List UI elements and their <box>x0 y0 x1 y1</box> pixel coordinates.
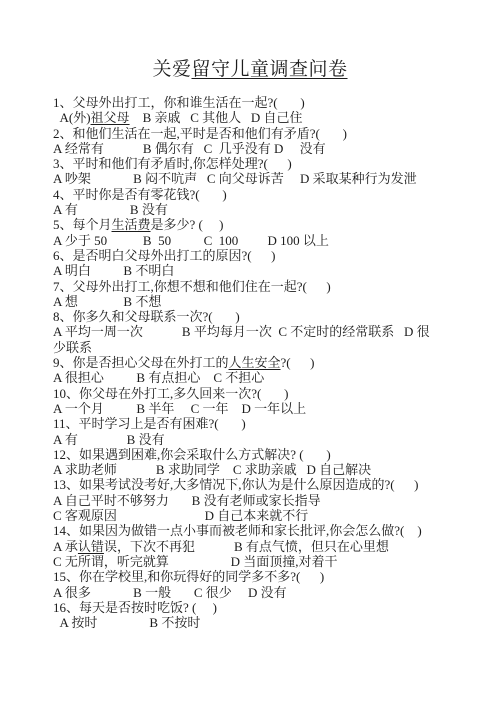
document-line: A 吵架 B 闷不吭声 C 向父母诉苦 D 采取某种行为发泄 <box>53 171 474 186</box>
document-line: 6、是否明白父母外出打工的原因?( ) <box>53 248 474 263</box>
text-segment: A(外) <box>53 110 91 125</box>
document-line: 少联系 <box>53 340 474 355</box>
text-segment: 6、是否明白父母外出打工的原因?( ) <box>53 248 275 263</box>
document-line: C 无所谓，听完就算 D 当面顶撞,对着干 <box>53 554 474 569</box>
text-segment: 11、平时学习上是否有困难?( ) <box>53 416 246 431</box>
document-line: 8、你多久和父母联系一次?( ) <box>53 309 474 324</box>
text-segment: 3、平时和他们有矛盾时,你怎样处理?( ) <box>53 156 292 171</box>
text-segment: C 客观原因 D 自己本来就不行 <box>53 508 308 523</box>
document-line: 16、每天是否按时吃饭? ( ) <box>53 600 474 615</box>
page-title: 关爱留守儿童调查问卷 <box>0 0 500 82</box>
document-line: 1、父母外出打工，你和谁生活在一起?( ) <box>53 95 474 110</box>
text-segment: B 亲戚 C 其他人 D 自己住 <box>130 110 303 125</box>
text-segment: ?( ) <box>281 355 315 370</box>
document-line: A 经常有 B 偶尔有 C 几乎没有 D 没有 <box>53 141 474 156</box>
text-segment: A 经常有 B 偶尔有 C 几乎没有 D 没有 <box>53 141 326 156</box>
document-line: 14、如果因为做错一点小事而被老师和家长批评,你会怎么做?( ) <box>53 523 474 538</box>
document-line: 11、平时学习上是否有困难?( ) <box>53 416 474 431</box>
text-segment: A 很多 B 一般 C 很少 D 没有 <box>53 585 287 600</box>
document-line: 4、平时你是否有零花钱?( ) <box>53 187 474 202</box>
underlined-text: 生活费 <box>112 217 151 232</box>
document-line: A 想 B 不想 <box>53 294 474 309</box>
page-title-plain: 关爱 <box>152 59 191 80</box>
text-segment: 5、每个月 <box>53 217 112 232</box>
document-line: A 一个月 B 半年 C 一年 D 一年以上 <box>53 401 474 416</box>
text-segment: C 无所谓，听完就算 D 当面顶撞,对着干 <box>53 554 338 569</box>
text-segment: 9、你是否担心父母在外打工的 <box>53 355 229 370</box>
text-segment: 10、你父母在外打工,多久回来一次?( ) <box>53 386 288 401</box>
document-line: 12、如果遇到困难,你会采取什么方式解决? ( ) <box>53 447 474 462</box>
document-line: 7、父母外出打工,你想不想和他们住在一起?( ) <box>53 279 474 294</box>
text-segment: A 一个月 B 半年 C 一年 D 一年以上 <box>53 401 306 416</box>
document-line: A 有 B 没有 <box>53 202 474 217</box>
text-segment: 8、你多久和父母联系一次?( ) <box>53 309 240 324</box>
document-line: A 平均一周一次 B 平均每月一次 C 不定时的经常联系 D 很 <box>53 324 474 339</box>
text-segment: A 平均一周一次 B 平均每月一次 C 不定时的经常联系 D 很 <box>53 324 430 339</box>
document-line: A 很多 B 一般 C 很少 D 没有 <box>53 585 474 600</box>
underlined-text: 人生安全 <box>229 355 281 370</box>
question-list: 1、父母外出打工，你和谁生活在一起?( ) A(外)祖父母 B 亲戚 C 其他人… <box>0 95 500 630</box>
document-line: A(外)祖父母 B 亲戚 C 其他人 D 自己住 <box>53 110 474 125</box>
document-line: 13、如果考试没考好,大多情况下,你认为是什么原因造成的?( ) <box>53 477 474 492</box>
text-segment: A 吵架 B 闷不吭声 C 向父母诉苦 D 采取某种行为发泄 <box>53 171 417 186</box>
text-segment: A 自己平时不够努力 B 没有老师或家长指导 <box>53 493 321 508</box>
document-line: A 求助老师 B 求助同学 C 求助亲戚 D 自己解决 <box>53 462 474 477</box>
text-segment: 14、如果因为做错一点小事而被老师和家长批评,你会怎么做?( ) <box>53 523 422 538</box>
document-line: 5、每个月生活费是多少? ( ) <box>53 217 474 232</box>
text-segment: A 想 B 不想 <box>53 294 161 309</box>
document-line: A 少于 50 B 50 C 100 D 100 以上 <box>53 233 474 248</box>
text-segment: 误，下次不再犯 B 有点气愤，但只在心里想 <box>104 539 389 554</box>
text-segment: 7、父母外出打工,你想不想和他们住在一起?( ) <box>53 279 331 294</box>
page-title-underlined: 留守儿童调查问卷 <box>192 59 348 80</box>
questionnaire-page: 关爱留守儿童调查问卷 1、父母外出打工，你和谁生活在一起?( ) A(外)祖父母… <box>0 0 500 708</box>
text-segment: 4、平时你是否有零花钱?( ) <box>53 187 227 202</box>
text-segment: 1、父母外出打工，你和谁生活在一起?( ) <box>53 95 305 110</box>
text-segment: A 有 B 没有 <box>53 202 168 217</box>
document-line: A 承认错误，下次不再犯 B 有点气愤，但只在心里想 <box>53 539 474 554</box>
text-segment: A 求助老师 B 求助同学 C 求助亲戚 D 自己解决 <box>53 462 371 477</box>
document-line: A 有 B 没有 <box>53 432 474 447</box>
document-line: 2、和他们生活在一起,平时是否和他们有矛盾?( ) <box>53 126 474 141</box>
text-segment: 2、和他们生活在一起,平时是否和他们有矛盾?( ) <box>53 126 347 141</box>
text-segment: 15、你在学校里,和你玩得好的同学多不多?( ) <box>53 569 324 584</box>
text-segment: 13、如果考试没考好,大多情况下,你认为是什么原因造成的?( ) <box>53 477 418 492</box>
text-segment: A 少于 50 B 50 C 100 D 100 以上 <box>53 233 329 248</box>
underlined-text: 认错 <box>78 539 104 554</box>
document-line: C 客观原因 D 自己本来就不行 <box>53 508 474 523</box>
text-segment: A 很担心 B 有点担心 C 不担心 <box>53 370 264 385</box>
text-segment: A 有 B 没有 <box>53 432 165 447</box>
underlined-text: 祖父母 <box>91 110 130 125</box>
document-line: 15、你在学校里,和你玩得好的同学多不多?( ) <box>53 569 474 584</box>
document-line: 3、平时和他们有矛盾时,你怎样处理?( ) <box>53 156 474 171</box>
document-line: 10、你父母在外打工,多久回来一次?( ) <box>53 386 474 401</box>
text-segment: 少联系 <box>53 340 92 355</box>
document-line: A 很担心 B 有点担心 C 不担心 <box>53 370 474 385</box>
text-segment: A 按时 B 不按时 <box>53 615 200 630</box>
document-line: A 自己平时不够努力 B 没有老师或家长指导 <box>53 493 474 508</box>
text-segment: 16、每天是否按时吃饭? ( ) <box>53 600 217 615</box>
text-segment: A 承 <box>53 539 78 554</box>
text-segment: 是多少? ( ) <box>151 217 224 232</box>
document-line: A 明白 B 不明白 <box>53 263 474 278</box>
text-segment: 12、如果遇到困难,你会采取什么方式解决? ( ) <box>53 447 331 462</box>
document-line: 9、你是否担心父母在外打工的人生安全?( ) <box>53 355 474 370</box>
document-line: A 按时 B 不按时 <box>53 615 474 630</box>
text-segment: A 明白 B 不明白 <box>53 263 174 278</box>
